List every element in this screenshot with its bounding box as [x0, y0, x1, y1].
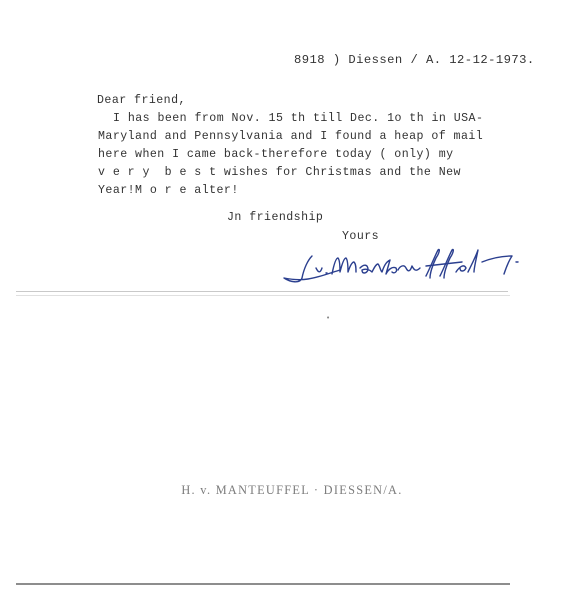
body-line: I has been from Nov. 15 th till Dec. 1o …: [113, 113, 483, 125]
closing-line: Jn friendship: [227, 212, 323, 224]
fold-line-shadow: [16, 295, 510, 296]
salutation: Dear friend,: [97, 95, 186, 107]
body-line: Maryland and Pennsylvania and I found a …: [98, 131, 483, 143]
fold-line: [16, 291, 508, 292]
body-line: here when I came back-therefore today ( …: [98, 149, 454, 161]
letterhead: H. v. MANTEUFFEL · DIESSEN/A.: [0, 483, 576, 498]
body-line: Year!M o r e alter!: [98, 185, 239, 197]
body-line: v e r y b e s t wishes for Christmas and…: [98, 167, 461, 179]
valediction: Yours: [342, 231, 379, 243]
dateline: 8918 ) Diessen / A. 12-12-1973.: [294, 54, 535, 66]
signature: [280, 246, 570, 288]
bottom-edge: [16, 583, 510, 585]
paper-speck: •: [326, 314, 330, 318]
